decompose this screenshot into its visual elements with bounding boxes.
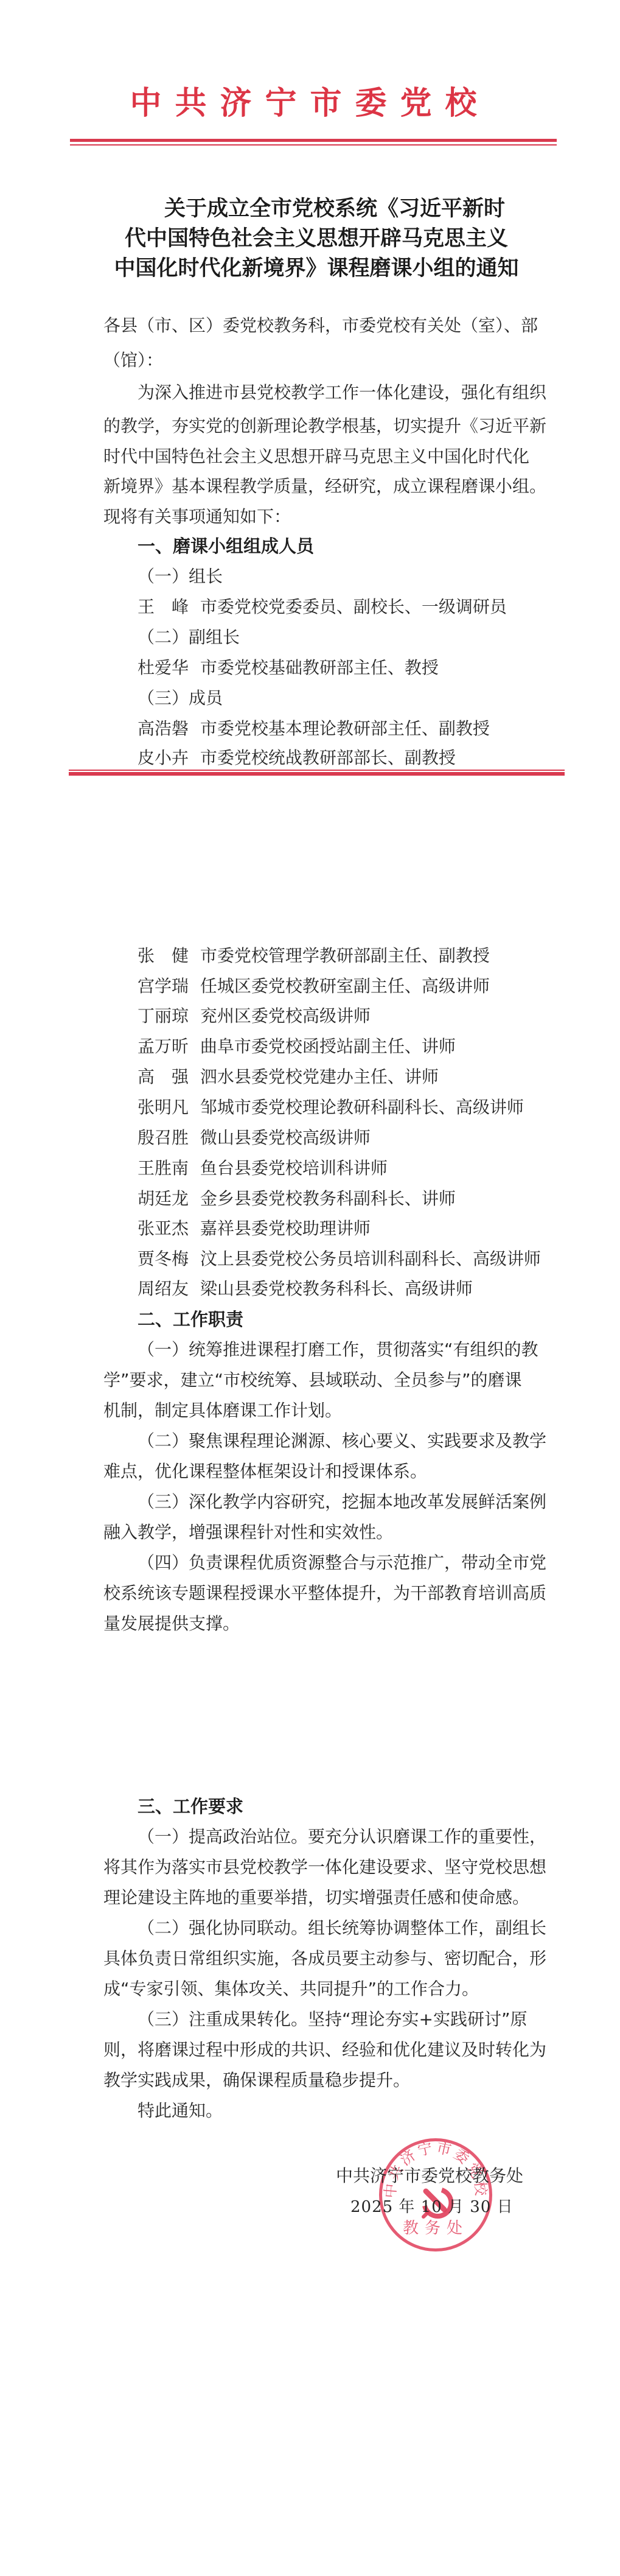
duty-2-line-1: （二）聚焦课程理论渊源、核心要义、实践要求及教学 <box>138 1431 546 1451</box>
member-title: 泗水县委党校党建办主任、讲师 <box>200 1067 439 1087</box>
member-title: 兖州区委党校高级讲师 <box>200 1006 371 1026</box>
member-name: 高 强 <box>138 1067 195 1087</box>
section-3-heading: 三、工作要求 <box>138 1796 243 1817</box>
member-name: 周绍友 <box>138 1279 195 1299</box>
duty-4-line-1: （四）负责课程优质资源整合与示范推广，带动全市党 <box>138 1553 546 1573</box>
seal-bottom-text: 教务处 <box>382 2216 489 2238</box>
document-title: 关于成立全市党校系统《习近平新时 代中国特色社会主义思想开辟马克思主义 中国化时… <box>103 194 529 283</box>
letterhead-divider-thick <box>70 139 557 142</box>
requirement-2-line-3: 成“专家引领、集体攻关、共同提升”的工作合力。 <box>103 1979 479 1999</box>
member-name: 张明凡 <box>138 1097 195 1118</box>
section-1-heading: 一、磨课小组组成人员 <box>138 536 314 556</box>
duty-4-line-2: 校系统该专题课程授课水平整体提升，为干部教育培训高质 <box>103 1583 546 1604</box>
requirement-1-line-1: （一）提高政治站位。要充分认识磨课工作的重要性， <box>138 1827 546 1847</box>
member-name: 丁丽琼 <box>138 1006 195 1027</box>
letterhead-organization: 中共济宁市委党校 <box>0 84 620 123</box>
intro-line-4: 新境界》基本课程教学质量，经研究，成立课程磨课小组。 <box>103 476 546 497</box>
member-entry: 张亚杰 嘉祥县委党校助理讲师 <box>138 1218 371 1239</box>
requirement-1-line-3: 理论建设主阵地的重要举措，切实增强责任感和使命感。 <box>103 1887 529 1908</box>
member-title: 市委党校党委委员、副校长、一级调研员 <box>200 597 507 617</box>
member-entry: 高 强 泗水县委党校党建办主任、讲师 <box>138 1067 439 1087</box>
closing-remark: 特此通知。 <box>138 2100 223 2121</box>
leader-label: （一）组长 <box>138 566 223 587</box>
member-name: 胡廷龙 <box>138 1188 195 1209</box>
member-title: 市委党校基本理论教研部主任、副教授 <box>200 718 490 739</box>
member-title: 任城区委党校教研室副主任、高级讲师 <box>200 976 490 996</box>
duty-1-line-3: 机制，制定具体磨课工作计划。 <box>103 1400 342 1421</box>
member-entry: 胡廷龙 金乡县委党校教务科副科长、讲师 <box>138 1188 456 1209</box>
member-title: 市委党校管理学教研部副主任、副教授 <box>200 946 490 966</box>
member-name: 王 峰 <box>138 597 195 617</box>
member-title: 市委党校基础教研部主任、教授 <box>200 658 439 678</box>
member-name: 孟万昕 <box>138 1036 195 1057</box>
member-entry: 贾冬梅 汶上县委党校公务员培训科副科长、高级讲师 <box>138 1249 541 1269</box>
duty-3-line-2: 融入教学，增强课程针对性和实效性。 <box>103 1522 393 1543</box>
member-title: 金乡县委党校教务科副科长、讲师 <box>200 1188 456 1209</box>
requirement-3-line-1: （三）注重成果转化。坚持“理论夯实+实践研讨”原 <box>138 2009 527 2030</box>
member-name: 宫学瑞 <box>138 976 195 997</box>
issue-date: 2025 年 10 月 30 日 <box>350 2194 514 2217</box>
member-entry: 王胜南 鱼台县委党校培训科讲师 <box>138 1158 388 1179</box>
letterhead-divider-thin <box>70 144 557 146</box>
requirement-3-line-3: 教学实践成果，确保课程质量稳步提升。 <box>103 2070 410 2091</box>
member-name: 张 健 <box>138 946 195 966</box>
member-entry: 张 健 市委党校管理学教研部副主任、副教授 <box>138 946 490 966</box>
requirement-3-line-2: 则，将磨课过程中形成的共识、经验和优化建议及时转化为 <box>103 2040 546 2060</box>
member-title: 嘉祥县委党校助理讲师 <box>200 1218 371 1238</box>
member-name: 高浩磐 <box>138 718 195 739</box>
member-entry: 张明凡 邹城市委党校理论教研科副科长、高级讲师 <box>138 1097 524 1118</box>
duty-1-line-1: （一）统筹推进课程打磨工作，贯彻落实“有组织的教 <box>138 1339 538 1360</box>
member-name: 杜爱华 <box>138 658 195 678</box>
intro-line-3: 时代中国特色社会主义思想开辟马克思主义中国化时代化 <box>103 446 529 467</box>
member-title: 汶上县委党校公务员培训科副科长、高级讲师 <box>200 1249 541 1269</box>
issuer-signature: 中共济宁市委党校教务处 <box>336 2163 523 2187</box>
member-entry: 宫学瑞 任城区委党校教研室副主任、高级讲师 <box>138 976 490 997</box>
member-entry: 高浩磐 市委党校基本理论教研部主任、副教授 <box>138 718 490 739</box>
member-title: 邹城市委党校理论教研科副科长、高级讲师 <box>200 1097 524 1117</box>
page-footer-divider-thick <box>69 772 565 776</box>
members-label: （三）成员 <box>138 688 223 709</box>
title-line-3: 中国化时代化新境界》课程磨课小组的通知 <box>103 253 529 283</box>
leader-entry: 王 峰 市委党校党委委员、副校长、一级调研员 <box>138 597 507 617</box>
addressee-line-2: （馆）： <box>103 350 163 371</box>
title-line-1: 关于成立全市党校系统《习近平新时 <box>103 194 529 223</box>
member-title: 市委党校统战教研部部长、副教授 <box>200 748 456 768</box>
requirement-1-line-2: 将其作为落实市县党校教学一体化建设要求、坚守党校思想 <box>103 1857 546 1878</box>
member-name: 张亚杰 <box>138 1218 195 1239</box>
deputy-label: （二）副组长 <box>138 627 240 648</box>
member-title: 微山县委党校高级讲师 <box>200 1128 371 1148</box>
member-entry: 孟万昕 曲阜市委党校函授站副主任、讲师 <box>138 1036 456 1057</box>
member-title: 鱼台县委党校培训科讲师 <box>200 1158 388 1178</box>
member-entry: 皮小卉 市委党校统战教研部部长、副教授 <box>138 748 456 768</box>
member-entry: 周绍友 梁山县委党校教务科科长、高级讲师 <box>138 1279 473 1299</box>
member-name: 王胜南 <box>138 1158 195 1179</box>
duty-4-line-3: 量发展提供支撑。 <box>103 1613 240 1634</box>
member-entry: 殷召胜 微山县委党校高级讲师 <box>138 1128 371 1148</box>
duty-3-line-1: （三）深化教学内容研究，挖掘本地改革发展鲜活案例 <box>138 1492 546 1512</box>
deputy-entry: 杜爱华 市委党校基础教研部主任、教授 <box>138 658 439 678</box>
member-name: 贾冬梅 <box>138 1249 195 1269</box>
addressee-line-1: 各县（市、区）委党校教务科，市委党校有关处（室）、部 <box>103 315 538 336</box>
member-name: 皮小卉 <box>138 748 195 768</box>
member-title: 梁山县委党校教务科科长、高级讲师 <box>200 1279 473 1299</box>
section-2-heading: 二、工作职责 <box>138 1309 243 1330</box>
intro-line-5: 现将有关事项通知如下： <box>103 507 291 527</box>
member-name: 殷召胜 <box>138 1128 195 1148</box>
intro-line-2: 的教学，夯实党的创新理论教学根基，切实提升《习近平新 <box>103 416 546 437</box>
intro-line-1: 为深入推进市县党校教学工作一体化建设，强化有组织 <box>138 382 546 403</box>
member-entry: 丁丽琼 兖州区委党校高级讲师 <box>138 1006 371 1027</box>
requirement-2-line-1: （二）强化协同联动。组长统筹协调整体工作，副组长 <box>138 1918 546 1939</box>
duty-2-line-2: 难点，优化课程整体框架设计和授课体系。 <box>103 1461 427 1482</box>
duty-1-line-2: 学”要求，建立“市校统筹、县域联动、全员参与”的磨课 <box>103 1370 522 1391</box>
title-line-2: 代中国特色社会主义思想开辟马克思主义 <box>103 223 529 253</box>
page-footer-divider-thin <box>69 770 565 771</box>
requirement-2-line-2: 具体负责日常组织实施，各成员要主动参与、密切配合，形 <box>103 1948 546 1969</box>
member-title: 曲阜市委党校函授站副主任、讲师 <box>200 1036 456 1056</box>
